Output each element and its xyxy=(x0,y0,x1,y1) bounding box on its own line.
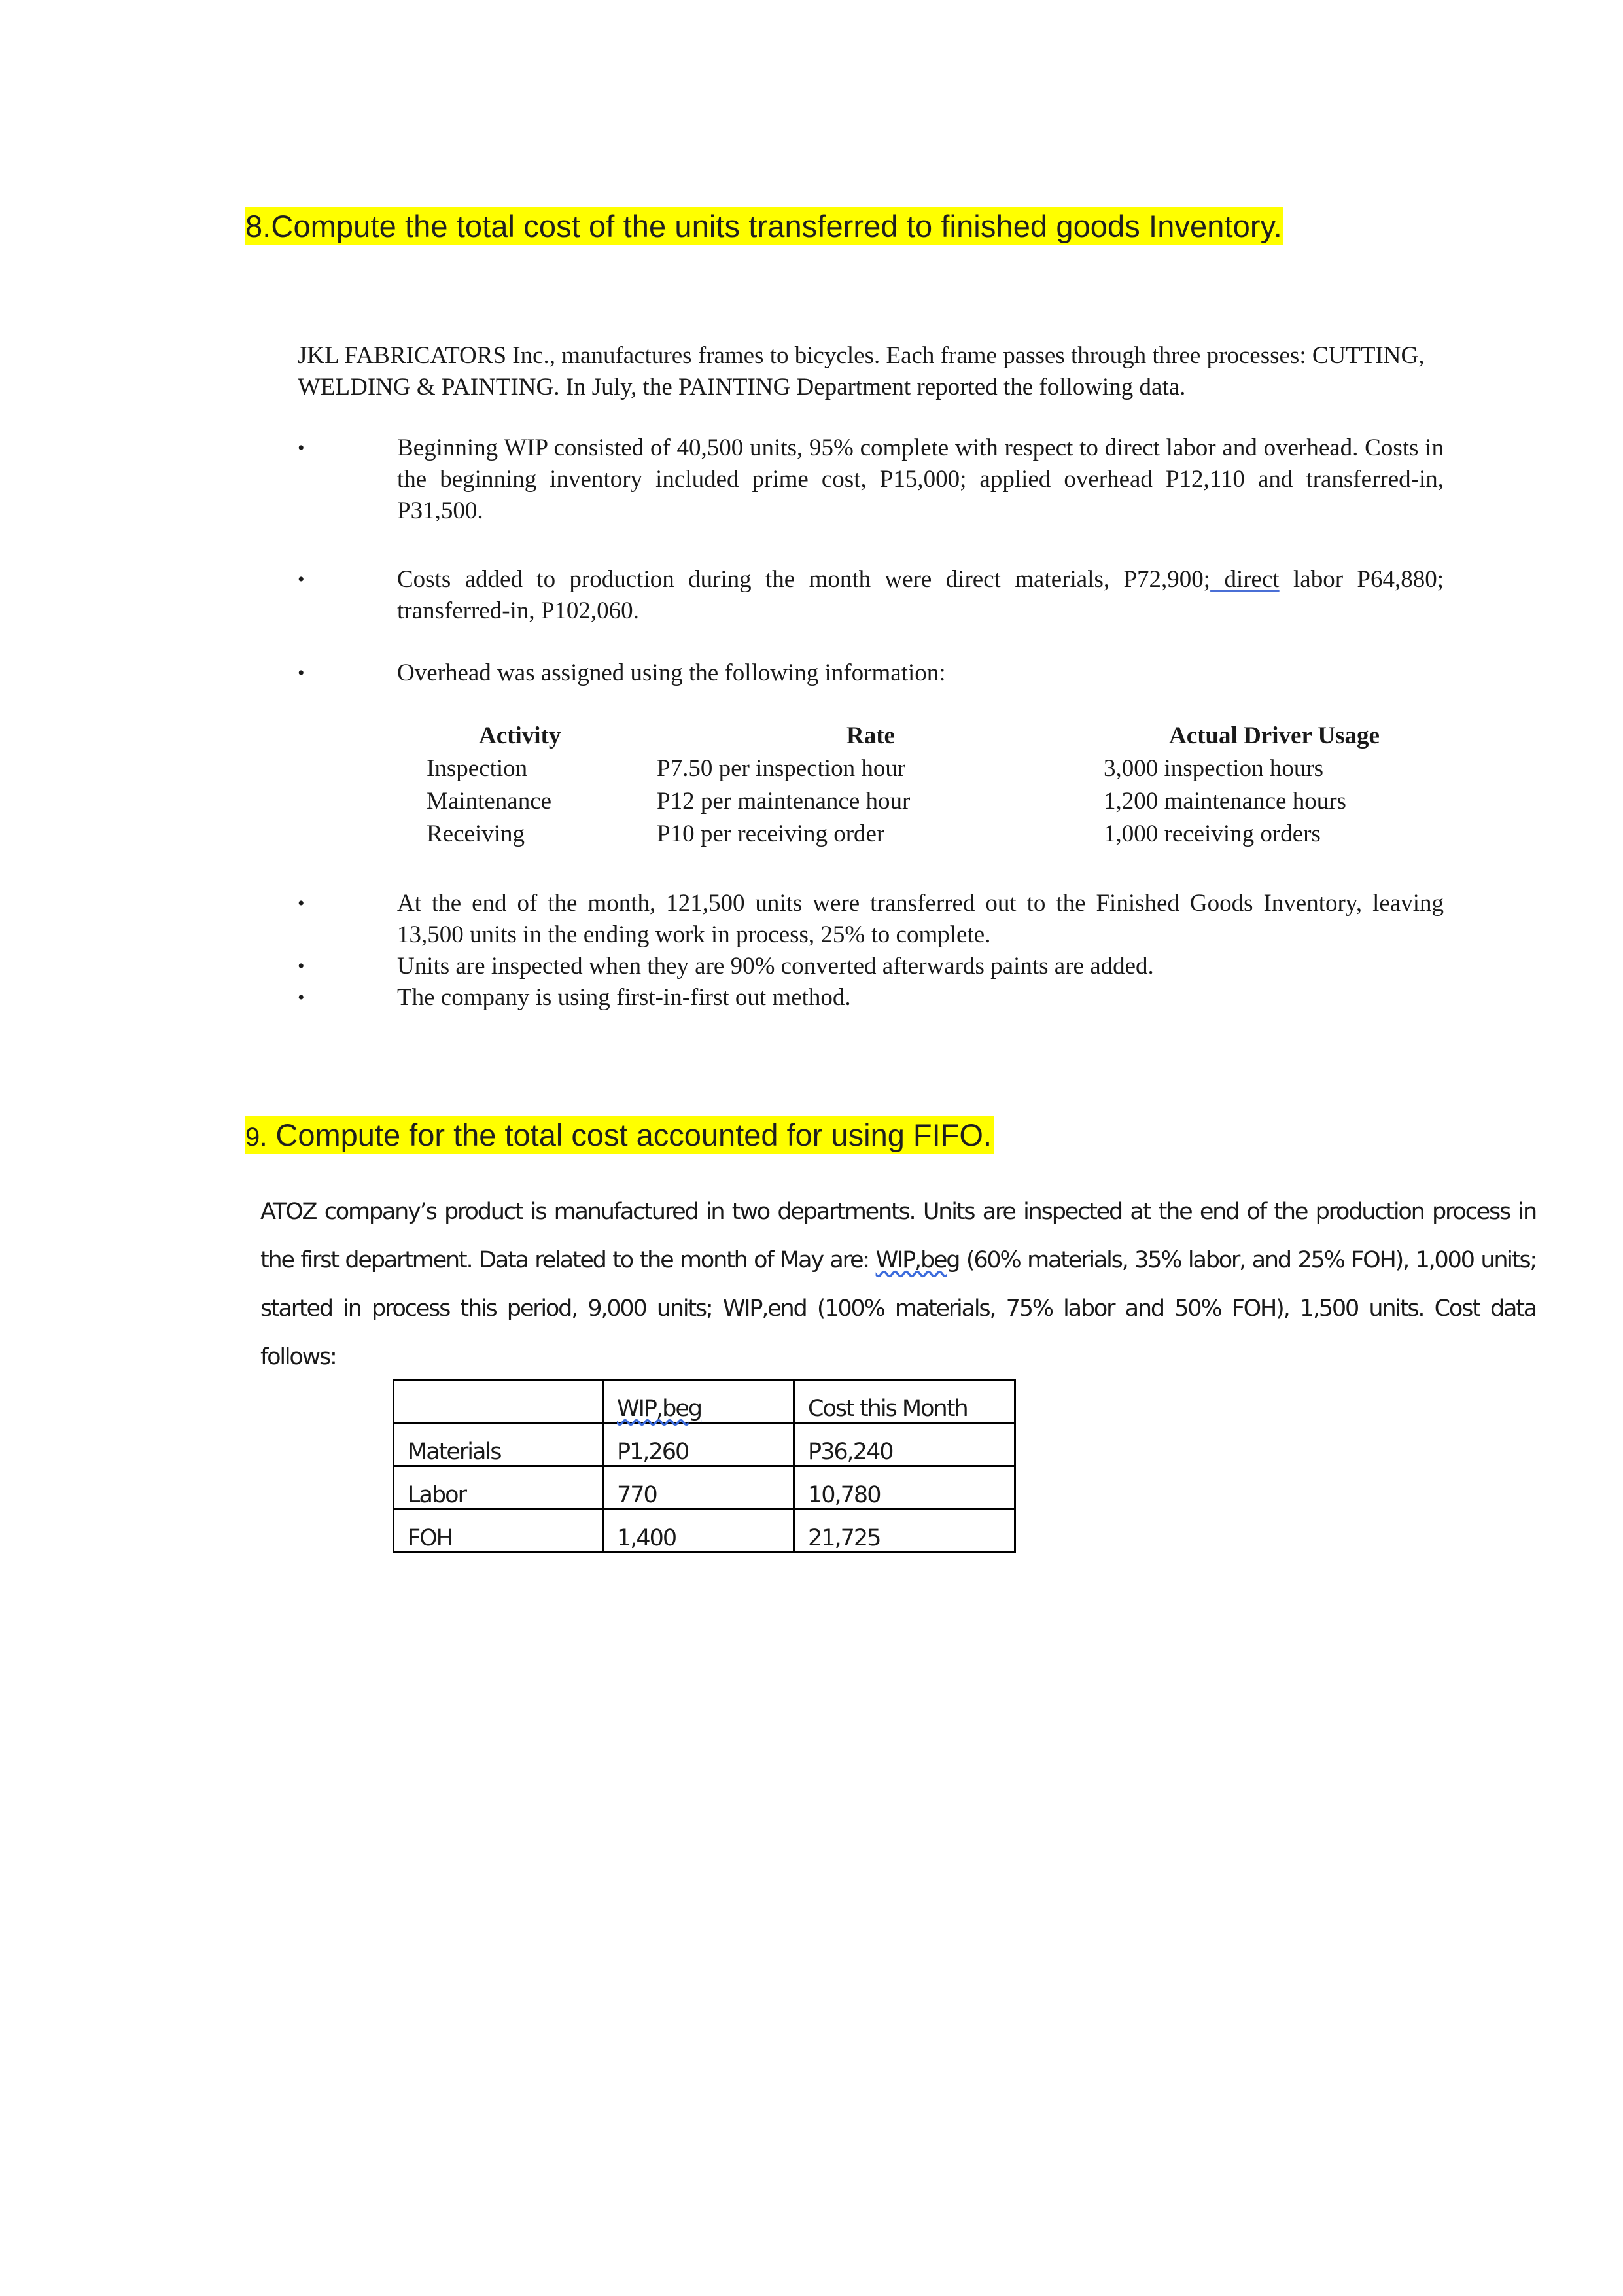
question-8-intro: JKL FABRICATORS Inc., manufactures frame… xyxy=(298,340,1436,403)
rate-cell: P7.50 per inspection hour xyxy=(657,752,910,785)
driver-usage-cell: 1,200 maintenance hours xyxy=(1104,785,1380,818)
table-row: Labor 770 10,780 xyxy=(394,1466,1015,1510)
wip-beg-value: 770 xyxy=(603,1466,794,1510)
header-cell-cost-this-month: Cost this Month xyxy=(794,1380,1015,1423)
cost-this-month-value: 10,780 xyxy=(794,1466,1015,1510)
cost-this-month-value: P36,240 xyxy=(794,1423,1015,1466)
bullet-text: At the end of the month, 121,500 units w… xyxy=(397,888,1444,951)
bullet-text: Costs added to production during the mon… xyxy=(397,564,1444,627)
question-number: 9. xyxy=(245,1123,267,1152)
grammar-flagged-word[interactable]: direct xyxy=(1210,566,1280,593)
rate-cell: P12 per maintenance hour xyxy=(657,785,910,818)
bullet-icon: • xyxy=(298,658,305,689)
bullet-text: Overhead was assigned using the followin… xyxy=(397,658,1444,689)
driver-usage-cell: 1,000 receiving orders xyxy=(1104,818,1380,851)
activity-column: Activity Inspection Maintenance Receivin… xyxy=(427,720,561,851)
bullet-text: The company is using first-in-first out … xyxy=(397,982,1444,1014)
question-8-heading: 8.Compute the total cost of the units tr… xyxy=(245,207,1283,245)
row-label: Materials xyxy=(394,1423,603,1466)
activity-cell: Inspection xyxy=(427,752,561,785)
row-label: FOH xyxy=(394,1510,603,1553)
rate-cell: P10 per receiving order xyxy=(657,818,910,851)
rate-column: Rate P7.50 per inspection hour P12 per m… xyxy=(657,720,910,851)
bullet-icon: • xyxy=(298,951,305,982)
bullet-icon: • xyxy=(298,888,305,919)
activity-cell: Maintenance xyxy=(427,785,561,818)
bullet-icon: • xyxy=(298,564,305,595)
question-9-heading: 9. Compute for the total cost accounted … xyxy=(245,1116,994,1154)
table-row: FOH 1,400 21,725 xyxy=(394,1510,1015,1553)
driver-usage-column: Actual Driver Usage 3,000 inspection hou… xyxy=(1104,720,1380,851)
header-cell-empty xyxy=(394,1380,603,1423)
wip-beg-value: P1,260 xyxy=(603,1423,794,1466)
bullet-text: Beginning WIP consisted of 40,500 units,… xyxy=(397,433,1444,527)
driver-usage-cell: 3,000 inspection hours xyxy=(1104,752,1380,785)
table-header-row: WIP,beg Cost this Month xyxy=(394,1380,1015,1423)
question-title: Compute for the total cost accounted for… xyxy=(267,1118,992,1152)
activity-header: Activity xyxy=(427,720,561,752)
spellcheck-flagged-word[interactable]: WIP,beg xyxy=(876,1247,960,1273)
bullet-text: Units are inspected when they are 90% co… xyxy=(397,951,1444,982)
driver-usage-header: Actual Driver Usage xyxy=(1104,720,1380,752)
cost-data-table: WIP,beg Cost this Month Materials P1,260… xyxy=(393,1379,1016,1553)
rate-header: Rate xyxy=(657,720,910,752)
question-9-paragraph: ATOZ company’s product is manufactured i… xyxy=(260,1188,1536,1381)
bullet-icon: • xyxy=(298,982,305,1014)
activity-cell: Receiving xyxy=(427,818,561,851)
cost-this-month-value: 21,725 xyxy=(794,1510,1015,1553)
bullet-icon: • xyxy=(298,433,305,464)
bullet-text-part: Costs added to production during the mon… xyxy=(397,566,1210,593)
row-label: Labor xyxy=(394,1466,603,1510)
spellcheck-flagged-word[interactable]: WIP,beg xyxy=(617,1396,701,1422)
table-row: Materials P1,260 P36,240 xyxy=(394,1423,1015,1466)
header-cell-wip-beg: WIP,beg xyxy=(603,1380,794,1423)
wip-beg-value: 1,400 xyxy=(603,1510,794,1553)
